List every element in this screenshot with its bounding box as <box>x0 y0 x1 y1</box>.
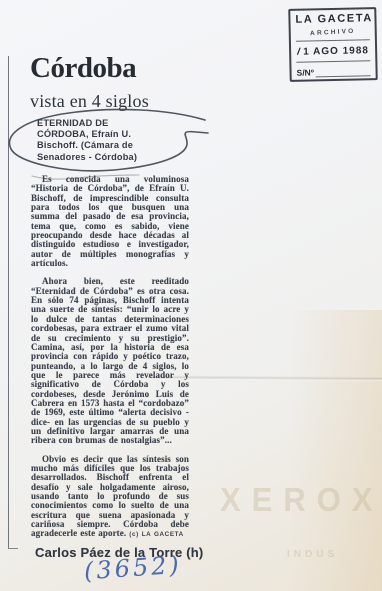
reference-line: Bischoff. (Cámara de <box>37 140 173 151</box>
paragraph-3: Obvio es decir que las síntesis son much… <box>31 455 189 540</box>
credit-label: (c) LA GACETA <box>129 531 183 538</box>
reference-line: ETERNIDAD DE <box>37 118 173 129</box>
stamp-divider <box>296 39 370 42</box>
xerox-watermark-line2: INDUS <box>287 549 338 560</box>
stamp-ref-blank-line <box>316 68 371 77</box>
margin-rule <box>8 56 18 549</box>
stamp-ref-row: S/Nº <box>296 66 370 78</box>
article-body: Es conocida una voluminosa “Historia de … <box>31 175 189 549</box>
stamp-ref-label: S/Nº <box>296 67 313 77</box>
handwritten-number: (3652) <box>83 551 183 586</box>
stamp-dept-label: ARCHIVO <box>296 27 370 38</box>
newspaper-clipping-scan: XEROX INDUS LA GACETA ARCHIVO /1 AGO 198… <box>0 0 382 591</box>
archive-stamp: LA GACETA ARCHIVO /1 AGO 1988 S/Nº <box>288 7 378 82</box>
article-subtitle: vista en 4 siglos <box>30 91 149 112</box>
stamp-date-mark: / <box>296 46 302 58</box>
paragraph-3-text: Obvio es decir que las síntesis son much… <box>31 454 189 539</box>
stamp-divider <box>296 61 370 64</box>
stamp-date-value: 1 AGO 1988 <box>303 45 369 57</box>
paragraph-1: Es conocida una voluminosa “Historia de … <box>31 175 189 268</box>
stamp-org-name: LA GACETA <box>295 12 369 26</box>
paragraph-2: Ahora bien, este reeditado “Eternidad de… <box>31 277 189 445</box>
reference-line: Senadores - Córdoba) <box>37 152 173 163</box>
stamp-date: /1 AGO 1988 <box>296 45 370 58</box>
book-reference: ETERNIDAD DE CÓRDOBA, Efraín U. Bischoff… <box>37 118 173 163</box>
article-title: Córdoba <box>30 52 136 85</box>
reference-line: CÓRDOBA, Efraín U. <box>37 129 173 140</box>
xerox-watermark-line1: XEROX <box>220 481 382 520</box>
